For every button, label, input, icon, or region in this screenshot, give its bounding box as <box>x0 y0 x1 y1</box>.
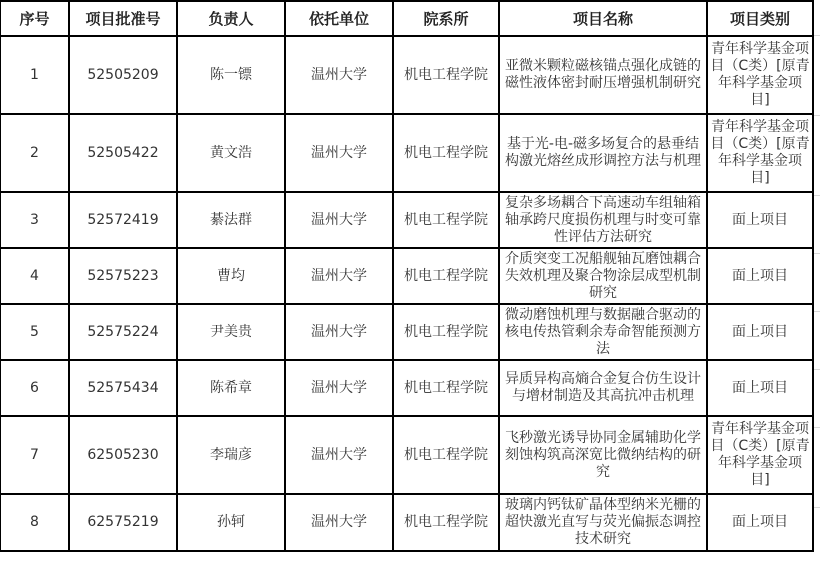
cell-title: 异质异构高熵合金复合仿生设计与增材制造及其高抗冲击机理 <box>499 360 707 416</box>
table-row: 7 62505230 李瑞彦 温州大学 机电工程学院 飞秒激光诱导协同金属辅助化… <box>0 416 813 494</box>
cell-index: 4 <box>0 248 69 304</box>
cell-approval-no: 52505422 <box>69 114 177 192</box>
table-row: 5 52575224 尹美贵 温州大学 机电工程学院 微动磨蚀机理与数据融合驱动… <box>0 304 813 360</box>
projects-table: 序号 项目批准号 负责人 依托单位 院系所 项目名称 项目类别 1 525052… <box>0 0 814 552</box>
cell-category: 面上项目 <box>707 360 813 416</box>
cell-institution: 温州大学 <box>285 360 393 416</box>
cell-approval-no: 62505230 <box>69 416 177 494</box>
header-approval-no: 项目批准号 <box>69 1 177 36</box>
cell-title: 介质突变工况船舰轴瓦磨蚀耦合失效机理及聚合物涂层成型机制研究 <box>499 248 707 304</box>
cell-institution: 温州大学 <box>285 114 393 192</box>
cell-leader: 曹均 <box>177 248 285 304</box>
table-row: 4 52575223 曹均 温州大学 机电工程学院 介质突变工况船舰轴瓦磨蚀耦合… <box>0 248 813 304</box>
table-row: 8 62575219 孙轲 温州大学 机电工程学院 玻璃内钙钛矿晶体型纳米光栅的… <box>0 494 813 551</box>
cell-department: 机电工程学院 <box>393 248 499 304</box>
table-row: 2 52505422 黄文浩 温州大学 机电工程学院 基于光-电-磁多场复合的悬… <box>0 114 813 192</box>
table-row: 1 52505209 陈一镖 温州大学 机电工程学院 亚微米颗粒磁核锚点强化成链… <box>0 36 813 114</box>
cell-index: 3 <box>0 192 69 248</box>
cell-index: 2 <box>0 114 69 192</box>
cell-category: 青年科学基金项目（C类）[原青年科学基金项目] <box>707 114 813 192</box>
cell-institution: 温州大学 <box>285 248 393 304</box>
cell-title: 微动磨蚀机理与数据融合驱动的核电传热管剩余寿命智能预测方法 <box>499 304 707 360</box>
cell-institution: 温州大学 <box>285 416 393 494</box>
cell-leader: 陈一镖 <box>177 36 285 114</box>
cell-index: 8 <box>0 494 69 551</box>
cell-department: 机电工程学院 <box>393 304 499 360</box>
cell-institution: 温州大学 <box>285 304 393 360</box>
cell-category: 青年科学基金项目（C类）[原青年科学基金项目] <box>707 36 813 114</box>
cell-title: 亚微米颗粒磁核锚点强化成链的磁性液体密封耐压增强机制研究 <box>499 36 707 114</box>
cell-department: 机电工程学院 <box>393 192 499 248</box>
cell-approval-no: 52575224 <box>69 304 177 360</box>
table-header-row: 序号 项目批准号 负责人 依托单位 院系所 项目名称 项目类别 <box>0 1 813 36</box>
cell-category: 面上项目 <box>707 494 813 551</box>
cell-index: 1 <box>0 36 69 114</box>
table-row: 3 52572419 綦法群 温州大学 机电工程学院 复杂多场耦合下高速动车组轴… <box>0 192 813 248</box>
cell-approval-no: 52575223 <box>69 248 177 304</box>
cell-leader: 綦法群 <box>177 192 285 248</box>
cell-leader: 黄文浩 <box>177 114 285 192</box>
header-leader: 负责人 <box>177 1 285 36</box>
cell-institution: 温州大学 <box>285 36 393 114</box>
cell-institution: 温州大学 <box>285 494 393 551</box>
header-department: 院系所 <box>393 1 499 36</box>
cell-approval-no: 52572419 <box>69 192 177 248</box>
cell-approval-no: 52505209 <box>69 36 177 114</box>
cell-department: 机电工程学院 <box>393 360 499 416</box>
cell-leader: 陈希章 <box>177 360 285 416</box>
cell-category: 面上项目 <box>707 248 813 304</box>
cell-category: 青年科学基金项目（C类）[原青年科学基金项目] <box>707 416 813 494</box>
cell-leader: 李瑞彦 <box>177 416 285 494</box>
cell-department: 机电工程学院 <box>393 36 499 114</box>
cell-department: 机电工程学院 <box>393 494 499 551</box>
table-row: 6 52575434 陈希章 温州大学 机电工程学院 异质异构高熵合金复合仿生设… <box>0 360 813 416</box>
cell-department: 机电工程学院 <box>393 416 499 494</box>
cell-index: 7 <box>0 416 69 494</box>
cell-department: 机电工程学院 <box>393 114 499 192</box>
header-title: 项目名称 <box>499 1 707 36</box>
cell-title: 飞秒激光诱导协同金属辅助化学刻蚀构筑高深宽比微纳结构的研究 <box>499 416 707 494</box>
cell-leader: 孙轲 <box>177 494 285 551</box>
cell-title: 复杂多场耦合下高速动车组轴箱轴承跨尺度损伤机理与时变可靠性评估方法研究 <box>499 192 707 248</box>
cell-leader: 尹美贵 <box>177 304 285 360</box>
cell-index: 6 <box>0 360 69 416</box>
cell-approval-no: 62575219 <box>69 494 177 551</box>
header-index: 序号 <box>0 1 69 36</box>
cell-title: 基于光-电-磁多场复合的悬垂结构激光熔丝成形调控方法与机理 <box>499 114 707 192</box>
cell-category: 面上项目 <box>707 304 813 360</box>
cell-index: 5 <box>0 304 69 360</box>
cell-institution: 温州大学 <box>285 192 393 248</box>
cell-title: 玻璃内钙钛矿晶体型纳米光栅的超快激光直写与荧光偏振态调控技术研究 <box>499 494 707 551</box>
header-category: 项目类别 <box>707 1 813 36</box>
cell-category: 面上项目 <box>707 192 813 248</box>
cell-approval-no: 52575434 <box>69 360 177 416</box>
header-institution: 依托单位 <box>285 1 393 36</box>
